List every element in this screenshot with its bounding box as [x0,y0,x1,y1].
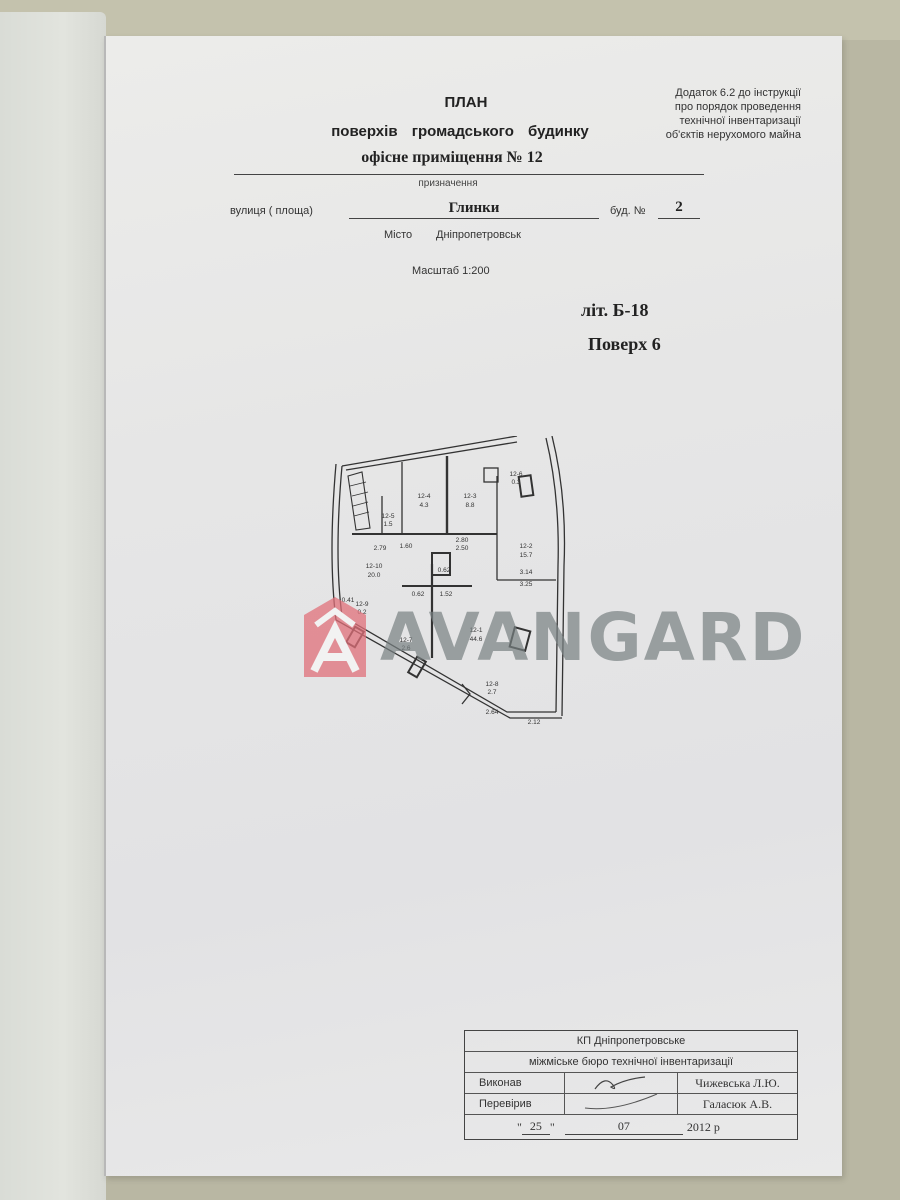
document-page: ПЛАН поверхів громадського будинку офісн… [104,36,842,1176]
svg-text:12-4: 12-4 [417,493,430,500]
building-underline [658,218,700,219]
executed-name: Чижевська Л.Ю. [678,1073,797,1093]
org-line-1: КП Дніпропетровське [465,1035,797,1047]
svg-text:2.7: 2.7 [487,689,496,696]
street-underline [349,218,599,219]
date-row: " 25 " 07 2012 р [465,1115,797,1139]
svg-text:2.12: 2.12 [528,719,541,726]
svg-text:12-8: 12-8 [485,681,498,688]
building-value: 2 [658,199,700,216]
left-page [0,12,106,1200]
svg-text:12-3: 12-3 [463,493,476,500]
divider [234,174,704,175]
svg-text:2.79: 2.79 [374,545,387,552]
street-value: Глинки [349,200,599,217]
svg-text:4.3: 4.3 [419,502,428,509]
svg-text:12-2: 12-2 [519,543,532,550]
avangard-logo-icon [302,595,368,679]
signature [565,1073,678,1093]
svg-text:3.25: 3.25 [520,581,533,588]
floor-label: Поверх 6 [588,334,661,355]
checked-name: Галасюк А.В. [678,1094,797,1114]
svg-text:20.0: 20.0 [368,572,381,579]
svg-text:12-10: 12-10 [366,563,383,570]
building-label: буд. № [610,205,646,217]
svg-text:2.80: 2.80 [456,537,469,544]
signature-icon [565,1073,677,1093]
svg-text:8.8: 8.8 [465,502,474,509]
svg-text:2.50: 2.50 [456,545,469,552]
signature-stroke-icon [565,1094,677,1114]
city-value: Дніпропетровськ [436,229,521,241]
letter-label: літ. Б-18 [581,300,648,321]
date-day: 25 [522,1119,550,1135]
background [0,0,900,40]
premises-name: офісне приміщення № 12 [84,149,820,167]
svg-text:2.64: 2.64 [486,709,499,716]
appendix-note: Додаток 6.2 до інструкції про порядок пр… [636,86,801,142]
watermark-text: AVANGARD [380,599,806,676]
svg-text:0.62: 0.62 [438,567,451,574]
executed-label: Виконав [465,1073,565,1093]
city-label: Місто [384,229,412,241]
executed-row: Виконав Чижевська Л.Ю. [465,1073,797,1094]
checked-label: Перевірив [465,1094,565,1114]
scale-label: Масштаб 1:200 [412,265,490,277]
svg-text:3.14: 3.14 [520,569,533,576]
svg-text:1.5: 1.5 [383,521,392,528]
svg-text:1.60: 1.60 [400,543,413,550]
checked-row: Перевірив Галасюк А.В. [465,1094,797,1115]
org-line-2: міжміське бюро технічної інвентаризації [465,1056,797,1068]
svg-text:12-5: 12-5 [381,513,394,520]
svg-text:15.7: 15.7 [520,552,533,559]
street-label: вулиця ( площа) [230,205,313,217]
date-year: 2012 р [687,1120,720,1135]
purpose-caption: призначення [80,178,816,189]
watermark: AVANGARD [302,592,806,682]
north-wall [342,436,517,466]
svg-text:0.3: 0.3 [511,479,520,486]
stamp-table: КП Дніпропетровське міжміське бюро техні… [464,1030,798,1140]
svg-text:12-6: 12-6 [509,471,522,478]
date-month: 07 [565,1119,683,1135]
